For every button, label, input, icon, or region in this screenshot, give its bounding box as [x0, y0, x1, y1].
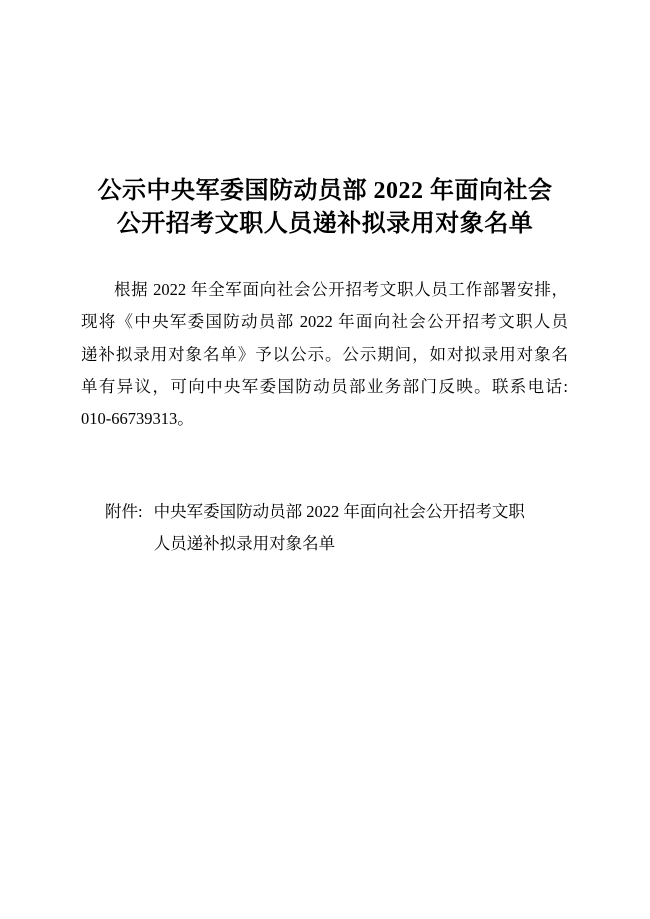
document-title: 公示中央军委国防动员部 2022 年面向社会 公开招考文职人员递补拟录用对象名单 [40, 175, 610, 241]
attachment-text: 中央军委国防动员部 2022 年面向社会公开招考文职 人员递补拟录用对象名单 [154, 496, 525, 561]
paragraph-line-4: 单有异议，可向中央军委国防动员部业务部门反映。联系电话: [81, 371, 568, 403]
paragraph-line-3: 递补拟录用对象名单》予以公示。公示期间，如对拟录用对象名 [81, 339, 568, 371]
paragraph-line-phone: 010-66739313。 [81, 403, 568, 435]
attachment-line-2: 人员递补拟录用对象名单 [154, 528, 525, 560]
title-line-2: 公开招考文职人员递补拟录用对象名单 [40, 208, 610, 241]
paragraph-line-2: 现将《中央军委国防动员部 2022 年面向社会公开招考文职人员 [81, 306, 568, 338]
paragraph-line-1: 根据 2022 年全军面向社会公开招考文职人员工作部署安排， [81, 274, 568, 306]
attachment-label: 附件: [105, 496, 143, 528]
body-paragraph: 根据 2022 年全军面向社会公开招考文职人员工作部署安排， 现将《中央军委国防… [81, 274, 568, 435]
document-page: 公示中央军委国防动员部 2022 年面向社会 公开招考文职人员递补拟录用对象名单… [0, 0, 650, 919]
attachment-line-1: 中央军委国防动员部 2022 年面向社会公开招考文职 [154, 496, 525, 528]
title-line-1: 公示中央军委国防动员部 2022 年面向社会 [40, 175, 610, 208]
attachment-section: 附件: 中央军委国防动员部 2022 年面向社会公开招考文职 人员递补拟录用对象… [105, 496, 525, 561]
